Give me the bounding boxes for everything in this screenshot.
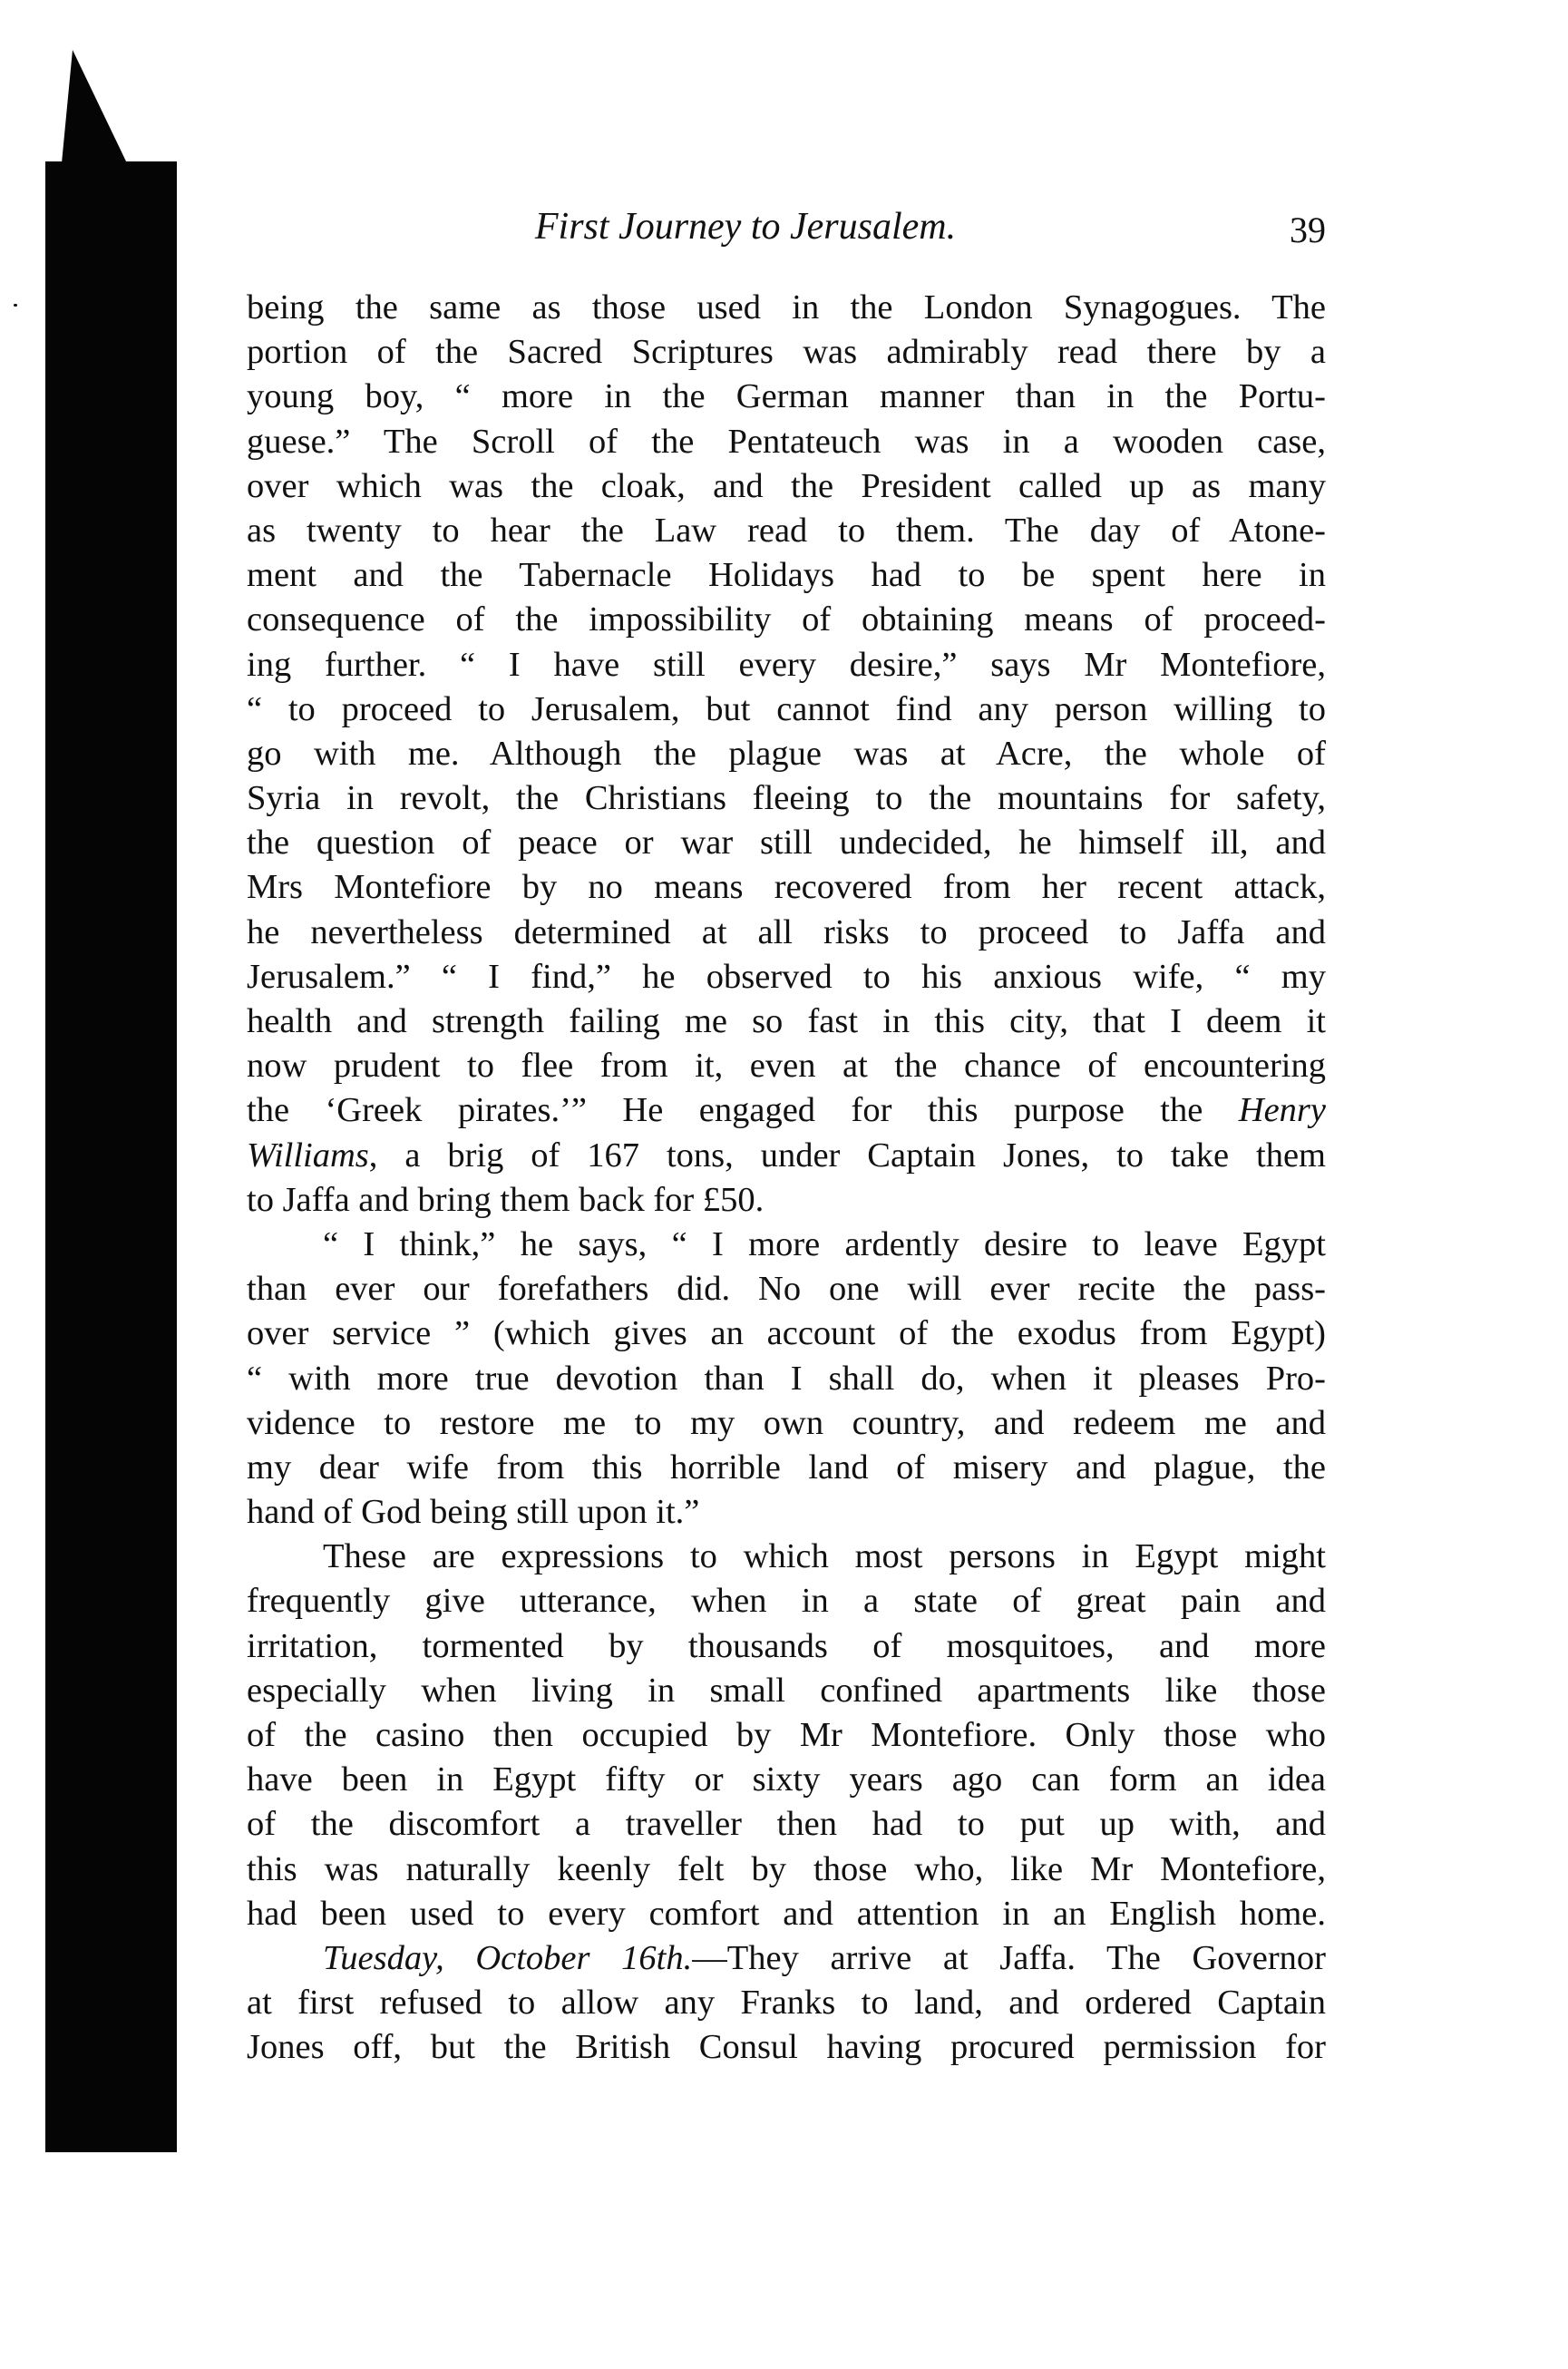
text-line: “ to proceed to Jerusalem, but cannot fi… xyxy=(247,687,1326,732)
text-line: These are expressions to which most pers… xyxy=(247,1535,1326,1579)
page-header: First Journey to Jerusalem. 39 xyxy=(247,201,1326,252)
text-line: ment and the Tabernacle Holidays had to … xyxy=(247,553,1326,598)
text-span: Syria in revolt, the Christians fleeing … xyxy=(247,779,1326,817)
text-line: Tuesday, October 16th.—They arrive at Ja… xyxy=(247,1936,1326,1981)
text-span: of the casino then occupied by Mr Montef… xyxy=(247,1716,1326,1754)
text-line: over service ” (which gives an account o… xyxy=(247,1311,1326,1356)
text-span: to Jaffa and bring them back for £50. xyxy=(247,1181,764,1219)
text-line: health and strength failing me so fast i… xyxy=(247,999,1326,1044)
text-line: Williams, a brig of 167 tons, under Capt… xyxy=(247,1134,1326,1178)
text-line: of the casino then occupied by Mr Montef… xyxy=(247,1713,1326,1758)
text-line: “ I think,” he says, “ I more ardently d… xyxy=(247,1223,1326,1267)
text-span: especially when living in small confined… xyxy=(247,1672,1326,1710)
italic-span: Tuesday, October 16th. xyxy=(323,1939,692,1977)
text-line: portion of the Sacred Scriptures was adm… xyxy=(247,330,1326,375)
text-span: portion of the Sacred Scriptures was adm… xyxy=(247,333,1326,371)
text-line: especially when living in small confined… xyxy=(247,1669,1326,1713)
text-span: at first refused to allow any Franks to … xyxy=(247,1984,1326,2022)
text-line: my dear wife from this horrible land of … xyxy=(247,1446,1326,1490)
text-span: go with me. Although the plague was at A… xyxy=(247,735,1326,773)
text-line: consequence of the impossibility of obta… xyxy=(247,598,1326,642)
running-title: First Journey to Jerusalem. xyxy=(247,201,1326,252)
text-line: as twenty to hear the Law read to them. … xyxy=(247,509,1326,553)
text-line: being the same as those used in the Lond… xyxy=(247,286,1326,330)
italic-span: Henry xyxy=(1239,1091,1326,1129)
text-line: vidence to restore me to my own country,… xyxy=(247,1401,1326,1446)
text-span: being the same as those used in the Lond… xyxy=(247,288,1326,327)
text-span: Jones off, but the British Consul having… xyxy=(247,2028,1326,2066)
text-line: ing further. “ I have still every desire… xyxy=(247,643,1326,687)
text-line: have been in Egypt fifty or sixty years … xyxy=(247,1758,1326,1802)
text-line: now prudent to flee from it, even at the… xyxy=(247,1044,1326,1088)
text-span: this was naturally keenly felt by those … xyxy=(247,1850,1326,1888)
text-span: than ever our forefathers did. No one wi… xyxy=(247,1270,1326,1308)
text-span: ment and the Tabernacle Holidays had to … xyxy=(247,556,1326,594)
text-span: he nevertheless determined at all risks … xyxy=(247,913,1326,951)
text-span: as twenty to hear the Law read to them. … xyxy=(247,512,1326,550)
text-line: the ‘Greek pirates.’” He engaged for thi… xyxy=(247,1088,1326,1133)
text-span: vidence to restore me to my own country,… xyxy=(247,1404,1326,1442)
text-line: the question of peace or war still undec… xyxy=(247,821,1326,865)
text-span: ing further. “ I have still every desire… xyxy=(247,646,1326,684)
text-line: Jones off, but the British Consul having… xyxy=(247,2025,1326,2070)
page-number: 39 xyxy=(1290,205,1326,256)
text-line: this was naturally keenly felt by those … xyxy=(247,1847,1326,1892)
text-line: he nevertheless determined at all risks … xyxy=(247,911,1326,955)
text-span: These are expressions to which most pers… xyxy=(323,1537,1326,1575)
text-span: the ‘Greek pirates.’” He engaged for thi… xyxy=(247,1091,1239,1129)
text-line: hand of God being still upon it.” xyxy=(247,1490,1326,1535)
text-line: to Jaffa and bring them back for £50. xyxy=(247,1178,1326,1223)
text-line: guese.” The Scroll of the Pentateuch was… xyxy=(247,420,1326,464)
text-line: of the discomfort a traveller then had t… xyxy=(247,1802,1326,1847)
text-span: health and strength failing me so fast i… xyxy=(247,1002,1326,1040)
text-span: —They arrive at Jaffa. The Governor xyxy=(692,1939,1326,1977)
body-text: being the same as those used in the Lond… xyxy=(247,286,1326,2071)
text-line: “ with more true devotion than I shall d… xyxy=(247,1357,1326,1401)
text-span: have been in Egypt fifty or sixty years … xyxy=(247,1760,1326,1799)
text-line: frequently give utterance, when in a sta… xyxy=(247,1579,1326,1623)
text-span: over service ” (which gives an account o… xyxy=(247,1314,1326,1352)
text-line: over which was the cloak, and the Presid… xyxy=(247,464,1326,509)
text-span: had been used to every comfort and atten… xyxy=(247,1895,1326,1933)
italic-span: Williams xyxy=(247,1136,369,1175)
text-span: Mrs Montefiore by no means recovered fro… xyxy=(247,868,1326,906)
scan-speck xyxy=(14,304,17,307)
text-line: irritation, tormented by thousands of mo… xyxy=(247,1624,1326,1669)
text-span: the question of peace or war still undec… xyxy=(247,824,1326,862)
text-span: “ I think,” he says, “ I more ardently d… xyxy=(323,1225,1326,1263)
text-span: irritation, tormented by thousands of mo… xyxy=(247,1627,1326,1665)
text-span: guese.” The Scroll of the Pentateuch was… xyxy=(247,423,1326,461)
text-span: frequently give utterance, when in a sta… xyxy=(247,1582,1326,1620)
text-span: now prudent to flee from it, even at the… xyxy=(247,1047,1326,1085)
text-line: go with me. Although the plague was at A… xyxy=(247,732,1326,776)
text-span: “ to proceed to Jerusalem, but cannot fi… xyxy=(247,690,1326,728)
scan-binding-shadow xyxy=(45,161,177,2152)
text-span: , a brig of 167 tons, under Captain Jone… xyxy=(369,1136,1326,1175)
text-span: hand of God being still upon it.” xyxy=(247,1493,699,1531)
text-line: Mrs Montefiore by no means recovered fro… xyxy=(247,865,1326,910)
text-span: young boy, “ more in the German manner t… xyxy=(247,377,1326,415)
text-line: young boy, “ more in the German manner t… xyxy=(247,375,1326,419)
text-span: of the discomfort a traveller then had t… xyxy=(247,1805,1326,1843)
text-span: my dear wife from this horrible land of … xyxy=(247,1448,1326,1487)
text-line: Jerusalem.” “ I find,” he observed to hi… xyxy=(247,955,1326,999)
text-span: Jerusalem.” “ I find,” he observed to hi… xyxy=(247,958,1326,996)
scan-edge-peak xyxy=(62,50,127,163)
text-line: Syria in revolt, the Christians fleeing … xyxy=(247,776,1326,821)
text-line: at first refused to allow any Franks to … xyxy=(247,1981,1326,2025)
text-span: “ with more true devotion than I shall d… xyxy=(247,1360,1326,1398)
text-line: had been used to every comfort and atten… xyxy=(247,1892,1326,1936)
text-line: than ever our forefathers did. No one wi… xyxy=(247,1267,1326,1311)
text-span: over which was the cloak, and the Presid… xyxy=(247,467,1326,505)
text-span: consequence of the impossibility of obta… xyxy=(247,600,1326,639)
